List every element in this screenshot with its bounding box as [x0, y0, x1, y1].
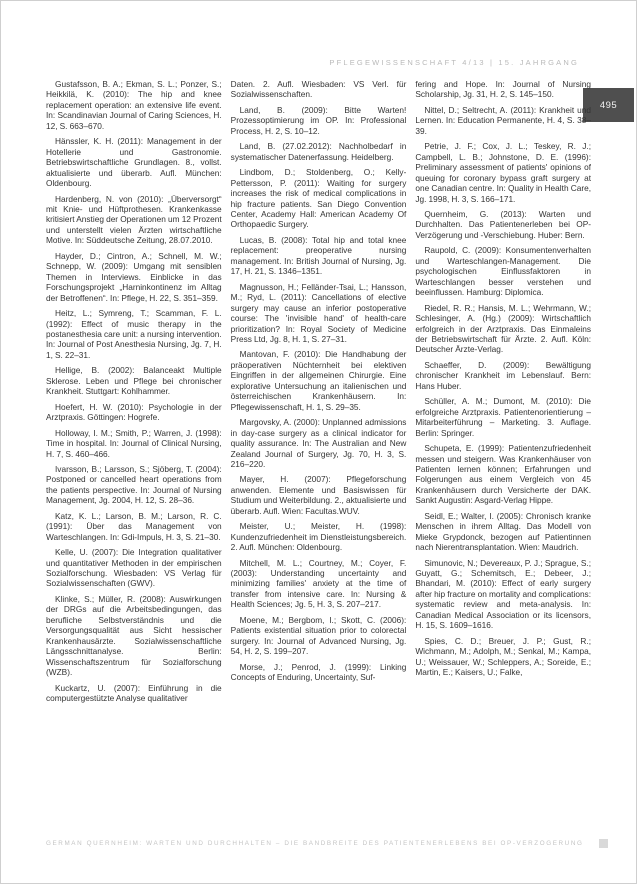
reference-item: Hayder, D.; Cintron, A.; Schnell, M. W.;…: [46, 251, 222, 303]
reference-item: Meister, U.; Meister, H. (1998): Kundenz…: [231, 521, 407, 552]
reference-item: Daten. 2. Aufl. Wiesbaden: VS Verl. für …: [231, 79, 407, 100]
reference-item: Schaeffer, D. (2009): Bewältigung chroni…: [415, 360, 591, 391]
reference-item: Moene, M.; Bergbom, I.; Skott, C. (2006)…: [231, 615, 407, 657]
footer-running-title: German Quernheim: Warten und Durchhalten…: [46, 840, 583, 847]
reference-item: Morse, J.; Penrod, J. (1999): Linking Co…: [231, 662, 407, 683]
reference-item: Magnusson, H.; Felländer-Tsai, L.; Hanss…: [231, 282, 407, 345]
reference-item: Schüller, A. M.; Dumont, M. (2010): Die …: [415, 396, 591, 438]
reference-item: Quernheim, G. (2013): Warten und Durchha…: [415, 209, 591, 240]
reference-item: Hellige, B. (2002): Balanceakt Multiple …: [46, 365, 222, 396]
reference-item: Lucas, B. (2008): Total hip and total kn…: [231, 235, 407, 277]
reference-item: Margovsky, A. (2000): Unplanned admissio…: [231, 417, 407, 469]
reference-item: Lindbom, D.; Stoldenberg, O.; Kelly-Pett…: [231, 167, 407, 230]
reference-item: Raupold, C. (2009): Konsumentenverhalten…: [415, 245, 591, 297]
reference-item: Nittel, D.; Seltrecht, A. (2011): Krankh…: [415, 105, 591, 136]
reference-item: Schupeta, E. (1999): Patientenzufriedenh…: [415, 443, 591, 506]
references-section: Gustafsson, B. A.; Ekman, S. L.; Ponzer,…: [46, 79, 591, 831]
references-column-2: Daten. 2. Aufl. Wiesbaden: VS Verl. für …: [231, 79, 407, 831]
reference-item: Mayer, H. (2007): Pflegeforschung anwend…: [231, 474, 407, 516]
references-column-1: Gustafsson, B. A.; Ekman, S. L.; Ponzer,…: [46, 79, 222, 831]
reference-item: Ivarsson, B.; Larsson, S.; Sjöberg, T. (…: [46, 464, 222, 506]
page-footer: German Quernheim: Warten und Durchhalten…: [46, 839, 608, 848]
reference-item: Holloway, I. M.; Smith, P.; Warren, J. (…: [46, 428, 222, 459]
reference-item: Heitz, L.; Symreng, T.; Scamman, F. L. (…: [46, 308, 222, 360]
journal-header: PFLEGEWISSENSCHAFT 4/13 | 15. Jahrgang: [1, 58, 579, 67]
reference-item: Hoefert, H. W. (2010): Psychologie in de…: [46, 402, 222, 423]
reference-item: Kelle, U. (2007): Die Integration qualit…: [46, 547, 222, 589]
reference-item: Katz, K. L.; Larson, B. M.; Larson, R. C…: [46, 511, 222, 542]
reference-item: fering and Hope. In: Journal of Nursing …: [415, 79, 591, 100]
reference-item: Seidl, E.; Walter, I. (2005): Chronisch …: [415, 511, 591, 553]
references-column-3: fering and Hope. In: Journal of Nursing …: [415, 79, 591, 831]
reference-item: Riedel, R. R.; Hansis, M. L.; Wehrmann, …: [415, 303, 591, 355]
reference-item: Petrie, J. F.; Cox, J. L.; Teskey, R. J.…: [415, 141, 591, 204]
reference-item: Spies, C. D.; Breuer, J. P.; Gust, R.; W…: [415, 636, 591, 678]
reference-item: Simunovic, N.; Devereaux, P. J.; Sprague…: [415, 558, 591, 631]
reference-item: Land, B. (27.02.2012): Nachholbedarf in …: [231, 141, 407, 162]
reference-item: Land, B. (2009): Bitte Warten! Prozessop…: [231, 105, 407, 136]
reference-item: Kuckartz, U. (2007): Einführung in die c…: [46, 683, 222, 704]
reference-item: Hardenberg, N. von (2010): „Überversorgt…: [46, 194, 222, 246]
reference-item: Mitchell, M. L.; Courtney, M.; Coyer, F.…: [231, 558, 407, 610]
journal-page: PFLEGEWISSENSCHAFT 4/13 | 15. Jahrgang 4…: [0, 0, 637, 884]
reference-item: Mantovan, F. (2010): Die Handhabung der …: [231, 349, 407, 412]
footer-marker-square: [599, 839, 608, 848]
reference-item: Hänssler, K. H. (2011): Management in de…: [46, 136, 222, 188]
reference-item: Klinke, S.; Müller, R. (2008): Auswirkun…: [46, 594, 222, 678]
page-number: 495: [600, 100, 617, 111]
reference-item: Gustafsson, B. A.; Ekman, S. L.; Ponzer,…: [46, 79, 222, 131]
